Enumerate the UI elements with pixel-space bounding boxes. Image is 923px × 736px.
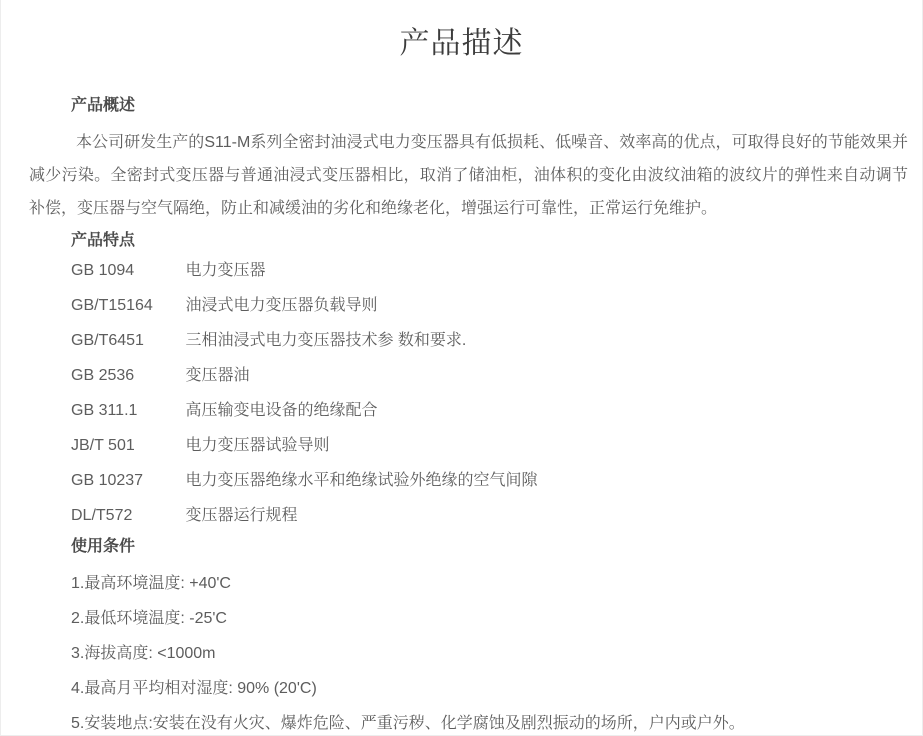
- standard-desc: 高压输变电设备的绝缘配合: [185, 402, 377, 419]
- standards-list: GB 1094 电力变压器 GB/T15164 油浸式电力变压器负载导则 GB/…: [71, 253, 922, 533]
- standard-desc: 电力变压器试验导则: [185, 437, 329, 454]
- standard-row: DL/T572 变压器运行规程: [71, 498, 922, 533]
- standard-desc: 三相油浸式电力变压器技术参 数和要求.: [185, 332, 466, 349]
- conditions-heading: 使用条件: [71, 536, 922, 558]
- standard-code: DL/T572: [71, 498, 181, 533]
- conditions-list: 1.最高环境温度: +40'C 2.最低环境温度: -25'C 3.海拔高度: …: [71, 566, 922, 736]
- standard-code: GB 10237: [71, 463, 181, 498]
- standard-row: JB/T 501 电力变压器试验导则: [71, 428, 922, 463]
- condition-item: 1.最高环境温度: +40'C: [71, 566, 922, 601]
- overview-heading: 产品概述: [71, 95, 922, 117]
- condition-item: 4.最高月平均相对湿度: 90% (20'C): [71, 671, 922, 706]
- standard-desc: 油浸式电力变压器负载导则: [185, 297, 377, 314]
- condition-item: 2.最低环境温度: -25'C: [71, 601, 922, 636]
- condition-item: 3.海拔高度: <1000m: [71, 636, 922, 671]
- standard-code: GB 2536: [71, 358, 181, 393]
- standard-desc: 变压器运行规程: [185, 507, 297, 524]
- standard-row: GB/T6451 三相油浸式电力变压器技术参 数和要求.: [71, 323, 922, 358]
- condition-item: 5.安装地点:安装在没有火灾、爆炸危险、严重污秽、化学腐蚀及剧烈振动的场所，户内…: [71, 706, 922, 736]
- standard-row: GB 1094 电力变压器: [71, 253, 922, 288]
- standard-row: GB 10237 电力变压器绝缘水平和绝缘试验外绝缘的空气间隙: [71, 463, 922, 498]
- standard-desc: 电力变压器绝缘水平和绝缘试验外绝缘的空气间隙: [185, 472, 537, 489]
- product-description-page: 产品描述 产品概述 本公司研发生产的S11-M系列全密封油浸式电力变压器具有低损…: [0, 0, 923, 736]
- standard-desc: 电力变压器: [185, 262, 265, 279]
- standard-code: GB/T6451: [71, 323, 181, 358]
- overview-paragraph: 本公司研发生产的S11-M系列全密封油浸式电力变压器具有低损耗、低噪音、效率高的…: [29, 126, 908, 225]
- standard-code: GB 311.1: [71, 393, 181, 428]
- features-heading: 产品特点: [71, 230, 922, 252]
- standard-row: GB 311.1 高压输变电设备的绝缘配合: [71, 393, 922, 428]
- standard-row: GB/T15164 油浸式电力变压器负载导则: [71, 288, 922, 323]
- standard-code: JB/T 501: [71, 428, 181, 463]
- standard-code: GB 1094: [71, 253, 181, 288]
- standard-row: GB 2536 变压器油: [71, 358, 922, 393]
- standard-code: GB/T15164: [71, 288, 181, 323]
- page-title: 产品描述: [1, 0, 922, 62]
- standard-desc: 变压器油: [185, 367, 249, 384]
